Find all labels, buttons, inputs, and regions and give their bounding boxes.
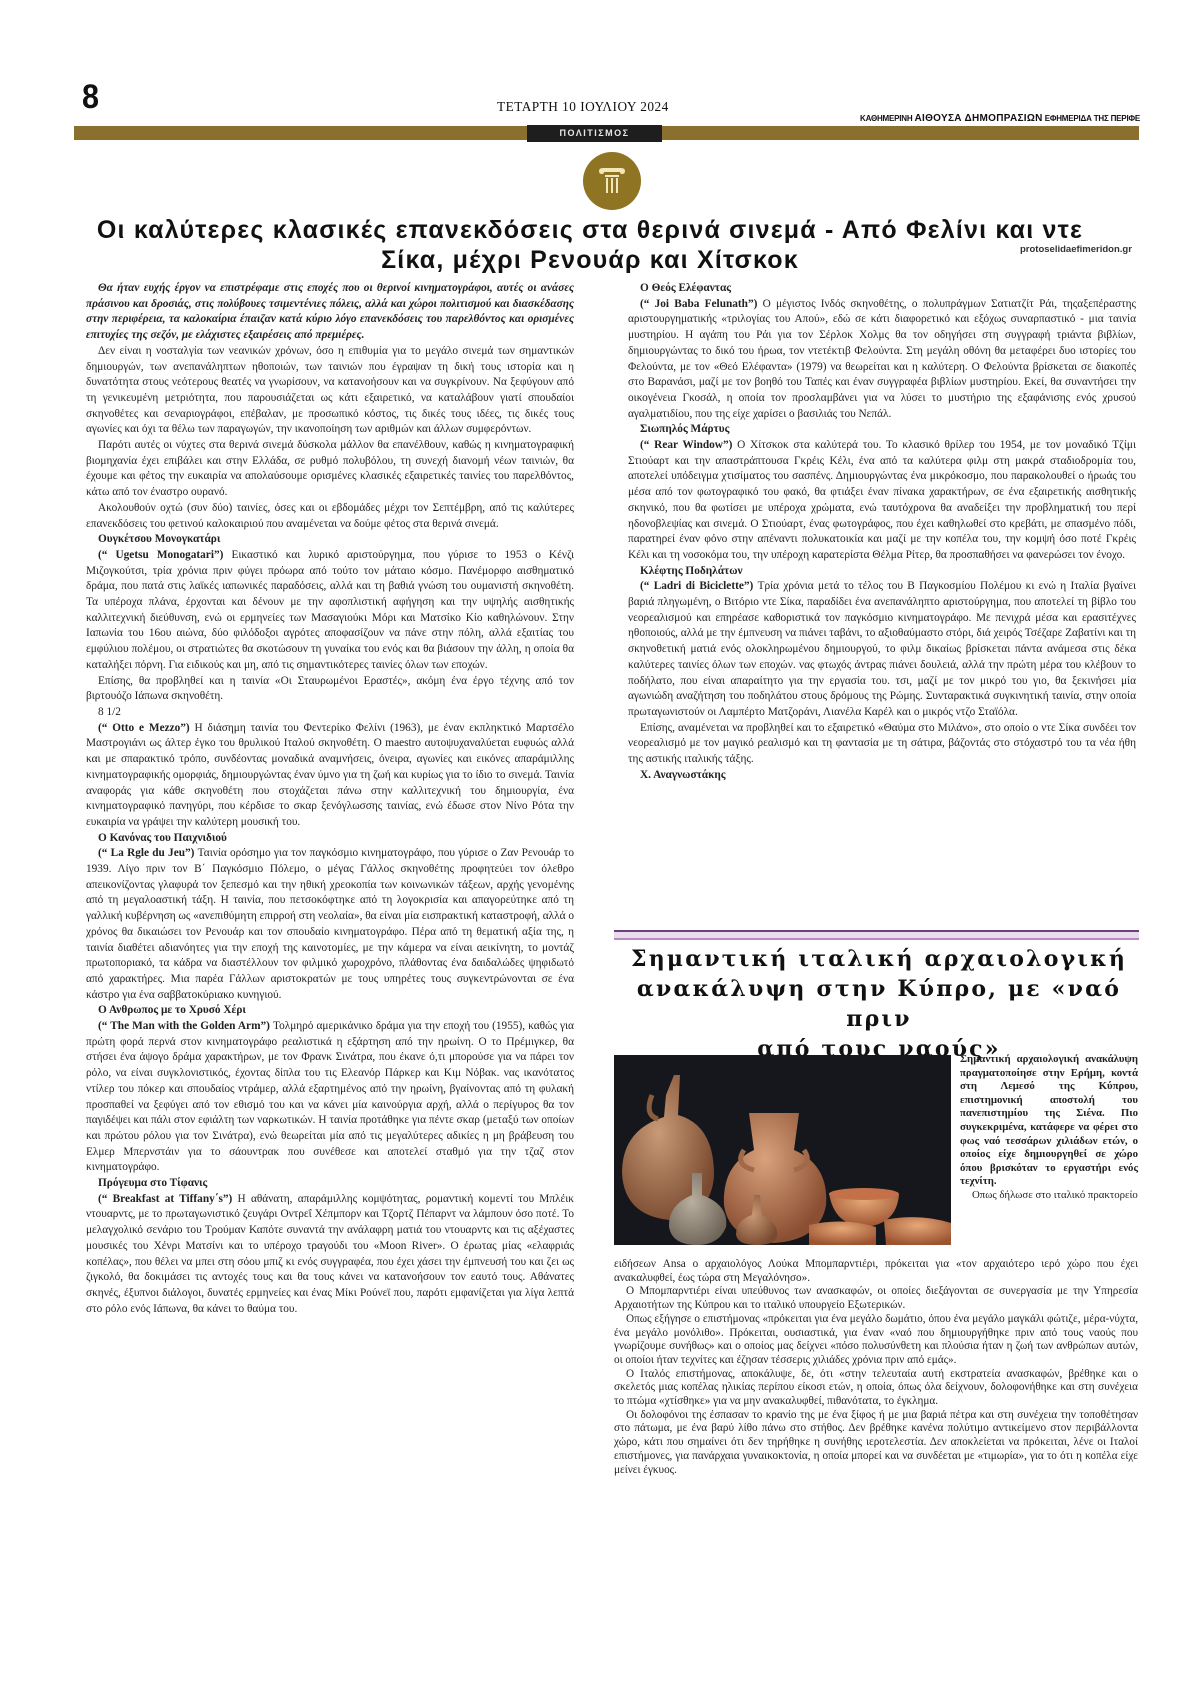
article2-paragraph: Οι δολοφόνοι της έσπασαν το κρανίο της μ… (614, 1409, 1138, 1478)
film-original-title: (“ Otto e Mezzo”) (98, 722, 190, 734)
film-paragraph: (“ The Man with the Golden Arm”) Τολμηρό… (86, 1019, 574, 1176)
article-headline: Οι καλύτερες κλασικές επανεκδόσεις στα θ… (90, 215, 1090, 275)
film-title: Σιωπηλός Μάρτυς (628, 422, 1136, 438)
masthead-right: ΕΦΗΜΕΡΙΔΑ ΤΗΣ ΠΕΡΙΦΕΡΕΙΑΣ (1045, 114, 1140, 123)
intro-paragraph: Παρότι αυτές οι νύχτες στα θερινά σινεμά… (86, 438, 574, 501)
film-paragraph: (“ Joi Baba Felunath”) Ο μέγιστος Ινδός … (628, 297, 1136, 423)
article-column-left: Θα ήταν ευχής έργον να επιστρέφαμε στις … (86, 281, 574, 1317)
film-paragraph: (“ Rear Window”) Ο Χίτσκοκ στα καλύτερά … (628, 438, 1136, 564)
article2-paragraph: Ο Μπομπαρντιέρι είναι υπεύθυνος των ανασ… (614, 1285, 1138, 1312)
issue-date: ΤΕΤΑΡΤΗ 10 ΙΟΥΛΙΟΥ 2024 (497, 100, 669, 116)
ancient-pottery-image (614, 1055, 951, 1245)
article2-paragraph: Ο Ιταλός επιστήμονας, αποκάλυψε, δε, ότι… (614, 1368, 1138, 1409)
film-paragraph: (“ Ladri di Biciclette”) Τρία χρόνια μετ… (628, 579, 1136, 720)
culture-logo (583, 152, 641, 210)
article2-lead: Σημαντική αρχαιολογική ανακάλυψη πραγματ… (960, 1053, 1138, 1189)
film-extra: Επίσης, θα προβληθεί και η ταινία «Οι Στ… (86, 674, 574, 705)
intro-paragraph: Δεν είναι η νοσταλγία των νεανικών χρόνω… (86, 344, 574, 438)
article2-paragraph: ειδήσεων Ansa ο αρχαιολόγος Λούκα Μπομπα… (614, 1258, 1138, 1285)
article-column-right: Ο Θεός Ελέφαντας (“ Joi Baba Felunath”) … (628, 281, 1136, 784)
film-original-title: (“ Ladri di Biciclette”) (640, 580, 753, 592)
article-divider (614, 930, 1139, 940)
film-paragraph: (“ La Rgle du Jeu”) Ταινία ορόσημο για τ… (86, 846, 574, 1003)
headline2-line-2: ανακάλυψη στην Κύπρο, με «ναό πριν (620, 974, 1138, 1034)
article2-lead-continued: Οπως δήλωσε στο ιταλικό πρακτορείο (960, 1189, 1138, 1203)
film-title: Πρόγευμα στο Τίφανις (86, 1176, 574, 1192)
page-number: 8 (82, 80, 99, 114)
masthead-brand: ΑΙΘΟΥΣΑ ΔΗΜΟΠΡΑΣΙΩΝ (915, 113, 1043, 124)
film-title: Ουγκέτσου Μονογκατάρι (86, 532, 574, 548)
article2-body: ειδήσεων Ansa ο αρχαιολόγος Λούκα Μπομπα… (614, 1258, 1138, 1477)
film-paragraph: (“ Breakfast at Tiffany΄s”) Η αθάνατη, α… (86, 1192, 574, 1318)
film-title: Κλέφτης Ποδηλάτων (628, 564, 1136, 580)
film-paragraph: (“ Otto e Mezzo”) Η διάσημη ταινία του Φ… (86, 721, 574, 831)
headline-line-1: Οι καλύτερες κλασικές επανεκδόσεις στα θ… (90, 215, 1090, 245)
article2-paragraph: Οπως εξήγησε ο επιστήμονας «πρόκειται γι… (614, 1313, 1138, 1368)
film-original-title: (“ The Man with the Golden Arm”) (98, 1020, 270, 1032)
film-paragraph: (“ Ugetsu Monogatari”) Εικαστικό και λυρ… (86, 548, 574, 674)
film-title: 8 1/2 (86, 705, 574, 721)
section-label: ΠΟΛΙΤΙΣΜΟΣ (527, 125, 662, 142)
ionic-column-icon (596, 165, 628, 197)
film-original-title: (“ La Rgle du Jeu”) (98, 847, 194, 859)
masthead-left: ΚΑΘΗΜΕΡΙΝΗ (860, 114, 912, 123)
film-original-title: (“ Rear Window”) (640, 439, 732, 451)
masthead-strip: ΚΑΘΗΜΕΡΙΝΗ ΑΙΘΟΥΣΑ ΔΗΜΟΠΡΑΣΙΩΝ ΕΦΗΜΕΡΙΔΑ… (860, 113, 1140, 125)
headline2-line-1: Σημαντική ιταλική αρχαιολογική (620, 944, 1138, 974)
pottery-photo (614, 1055, 951, 1245)
film-original-title: (“ Breakfast at Tiffany΄s”) (98, 1193, 232, 1205)
film-extra: Επίσης, αναμένεται να προβληθεί και το ε… (628, 721, 1136, 768)
film-title: Ο Θεός Ελέφαντας (628, 281, 1136, 297)
article2-sidebar-text: Σημαντική αρχαιολογική ανακάλυψη πραγματ… (960, 1053, 1138, 1203)
film-original-title: (“ Joi Baba Felunath”) (640, 298, 757, 310)
article-lead: Θα ήταν ευχής έργον να επιστρέφαμε στις … (86, 281, 574, 344)
film-title: Ο Κανόνας του Παιχνιδιού (86, 831, 574, 847)
article2-headline: Σημαντική ιταλική αρχαιολογική ανακάλυψη… (620, 944, 1138, 1064)
source-watermark: protoselidaefimeridon.gr (1020, 244, 1132, 255)
film-title: Ο Ανθρωπος με το Χρυσό Χέρι (86, 1003, 574, 1019)
intro-paragraph: Ακολουθούν οχτώ (συν δύο) ταινίες, όσες … (86, 501, 574, 532)
headline-line-2: Σίκα, μέχρι Ρενουάρ και Χίτσκοκ (90, 245, 1090, 275)
film-original-title: (“ Ugetsu Monogatari”) (98, 549, 223, 561)
author-byline: Χ. Αναγνωστάκης (628, 768, 1136, 784)
